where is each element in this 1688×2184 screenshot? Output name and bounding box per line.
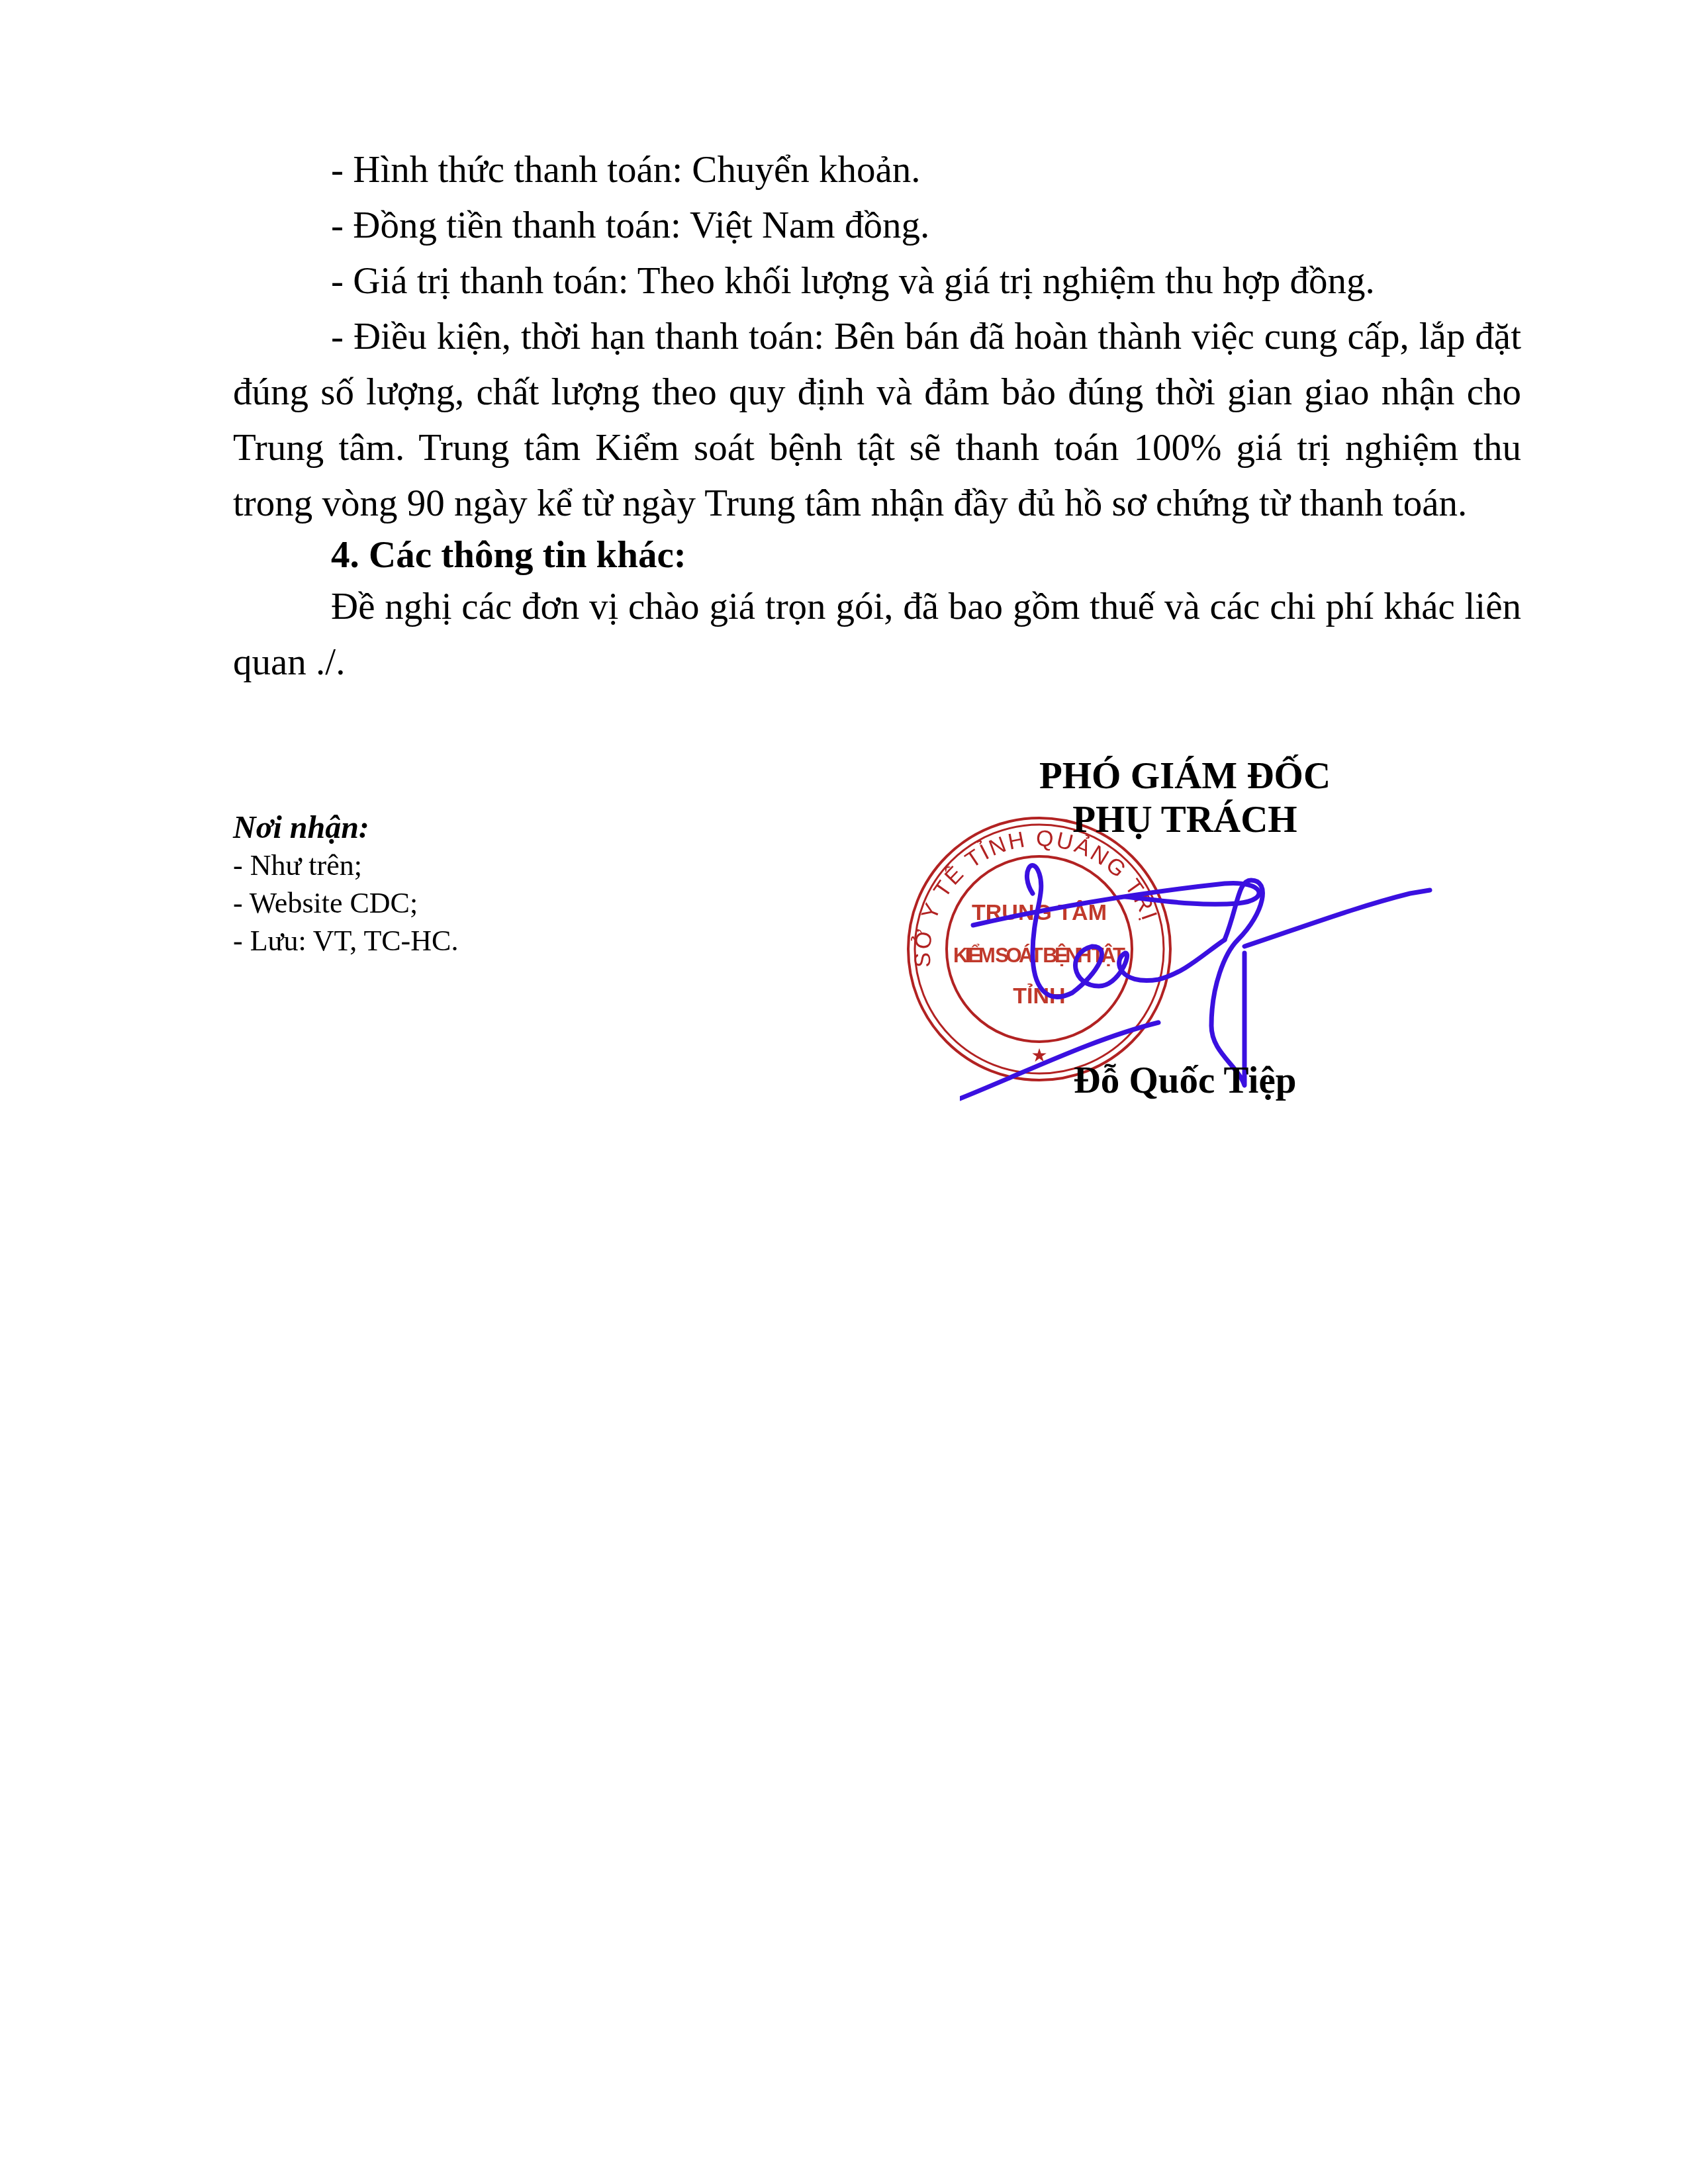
position-line-2: PHỤ TRÁCH bbox=[980, 798, 1390, 842]
recipients-title: Nơi nhận: bbox=[233, 809, 458, 846]
payment-method: - Hình thức thanh toán: Chuyển khoản. bbox=[233, 142, 1521, 198]
signer-name: Đỗ Quốc Tiệp bbox=[980, 1059, 1390, 1102]
recipient-item: - Website CDC; bbox=[233, 884, 458, 922]
recipient-item: - Như trên; bbox=[233, 846, 458, 884]
recipient-item: - Lưu: VT, TC-HC. bbox=[233, 922, 458, 960]
other-info-text: Đề nghị các đơn vị chào giá trọn gói, đã… bbox=[233, 579, 1521, 690]
recipients-block: Nơi nhận: - Như trên; - Website CDC; - L… bbox=[233, 809, 458, 960]
section-heading-other-info: 4. Các thông tin khác: bbox=[233, 531, 1521, 579]
signer-position: PHÓ GIÁM ĐỐC PHỤ TRÁCH bbox=[980, 754, 1390, 842]
payment-conditions: - Điều kiện, thời hạn thanh toán: Bên bá… bbox=[233, 309, 1521, 531]
payment-value: - Giá trị thanh toán: Theo khối lượng và… bbox=[233, 253, 1521, 309]
position-line-1: PHÓ GIÁM ĐỐC bbox=[980, 754, 1390, 798]
document-page: - Hình thức thanh toán: Chuyển khoản. - … bbox=[0, 0, 1688, 2184]
payment-currency: - Đồng tiền thanh toán: Việt Nam đồng. bbox=[233, 198, 1521, 253]
payment-section: - Hình thức thanh toán: Chuyển khoản. - … bbox=[233, 142, 1521, 690]
